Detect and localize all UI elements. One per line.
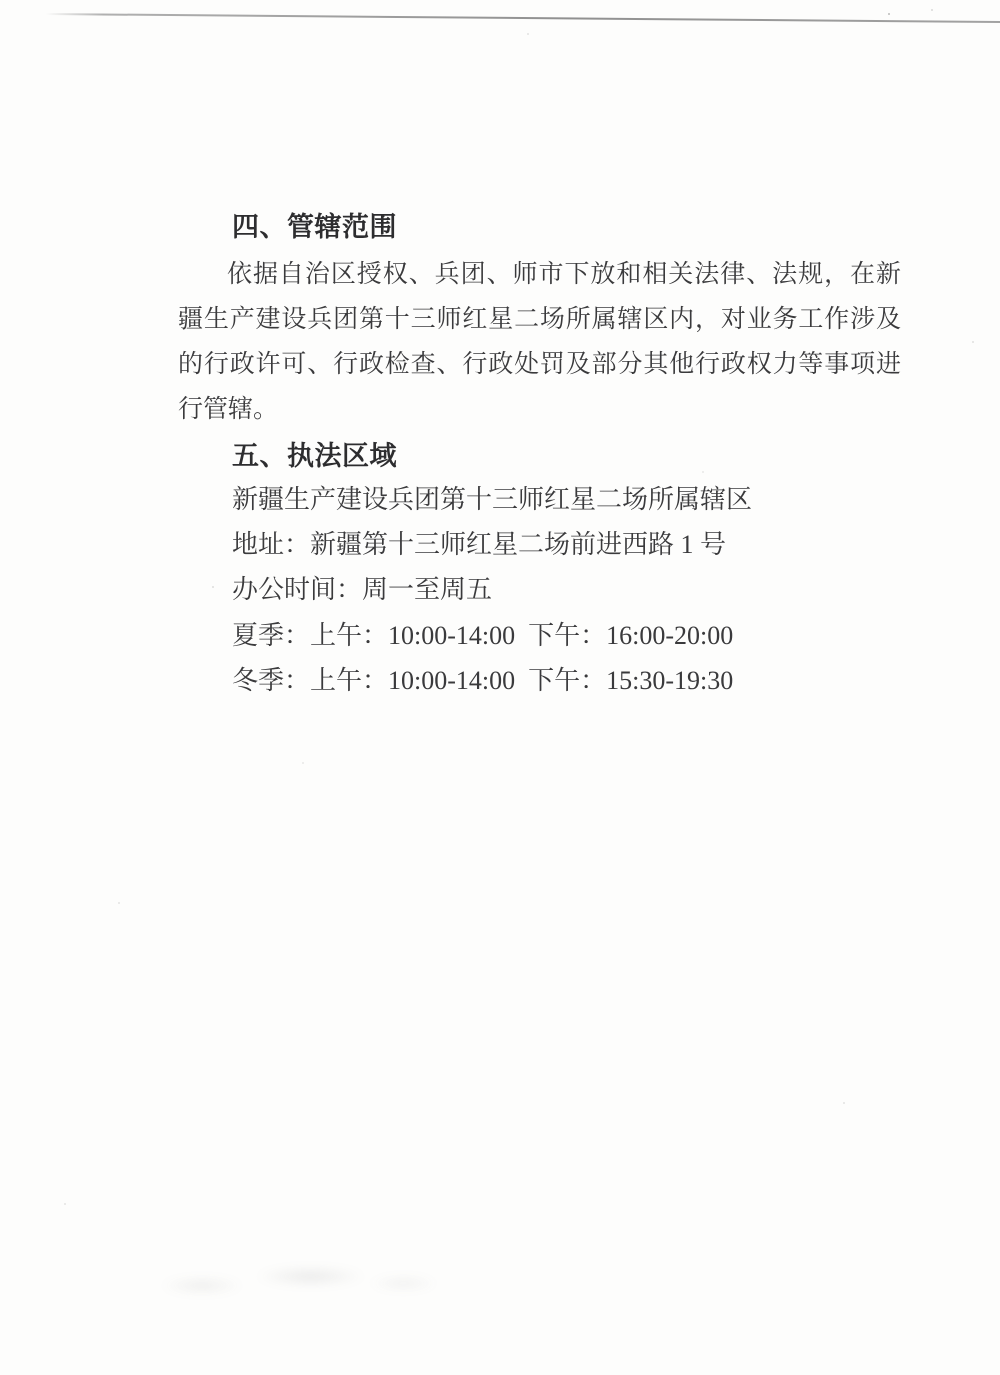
scan-artifact-line [46,13,1000,23]
section5-address-line: 地址：新疆第十三师红星二场前进西路 1 号 [232,522,726,567]
section5-office-days-line: 办公时间：周一至周五 [232,567,492,612]
section4-paragraph-line-1: 依据自治区授权、兵团、师市下放和相关法律、法规，在新 [178,252,901,297]
scanned-document-page: 四、管辖范围 依据自治区授权、兵团、师市下放和相关法律、法规，在新 疆生产建设兵… [0,0,1000,1375]
section5-jurisdiction-line: 新疆生产建设兵团第十三师红星二场所属辖区 [232,477,752,522]
section4-paragraph-line-2: 疆生产建设兵团第十三师红星二场所属辖区内，对业务工作涉及 [178,297,901,342]
section5-heading: 五、执法区域 [232,434,397,479]
section4-paragraph-line-4: 行管辖。 [178,387,901,432]
scan-bleedthrough-smudge [140,1258,450,1304]
section4-heading: 四、管辖范围 [232,205,397,250]
section5-winter-hours-line: 冬季：上午：10:00-14:00 下午：15:30-19:30 [232,658,733,703]
section4-paragraph-line-3: 的行政许可、行政检查、行政处罚及部分其他行政权力等事项进 [178,342,901,387]
section5-summer-hours-line: 夏季：上午：10:00-14:00 下午：16:00-20:00 [232,613,733,658]
scan-noise-specks [0,0,2,2]
